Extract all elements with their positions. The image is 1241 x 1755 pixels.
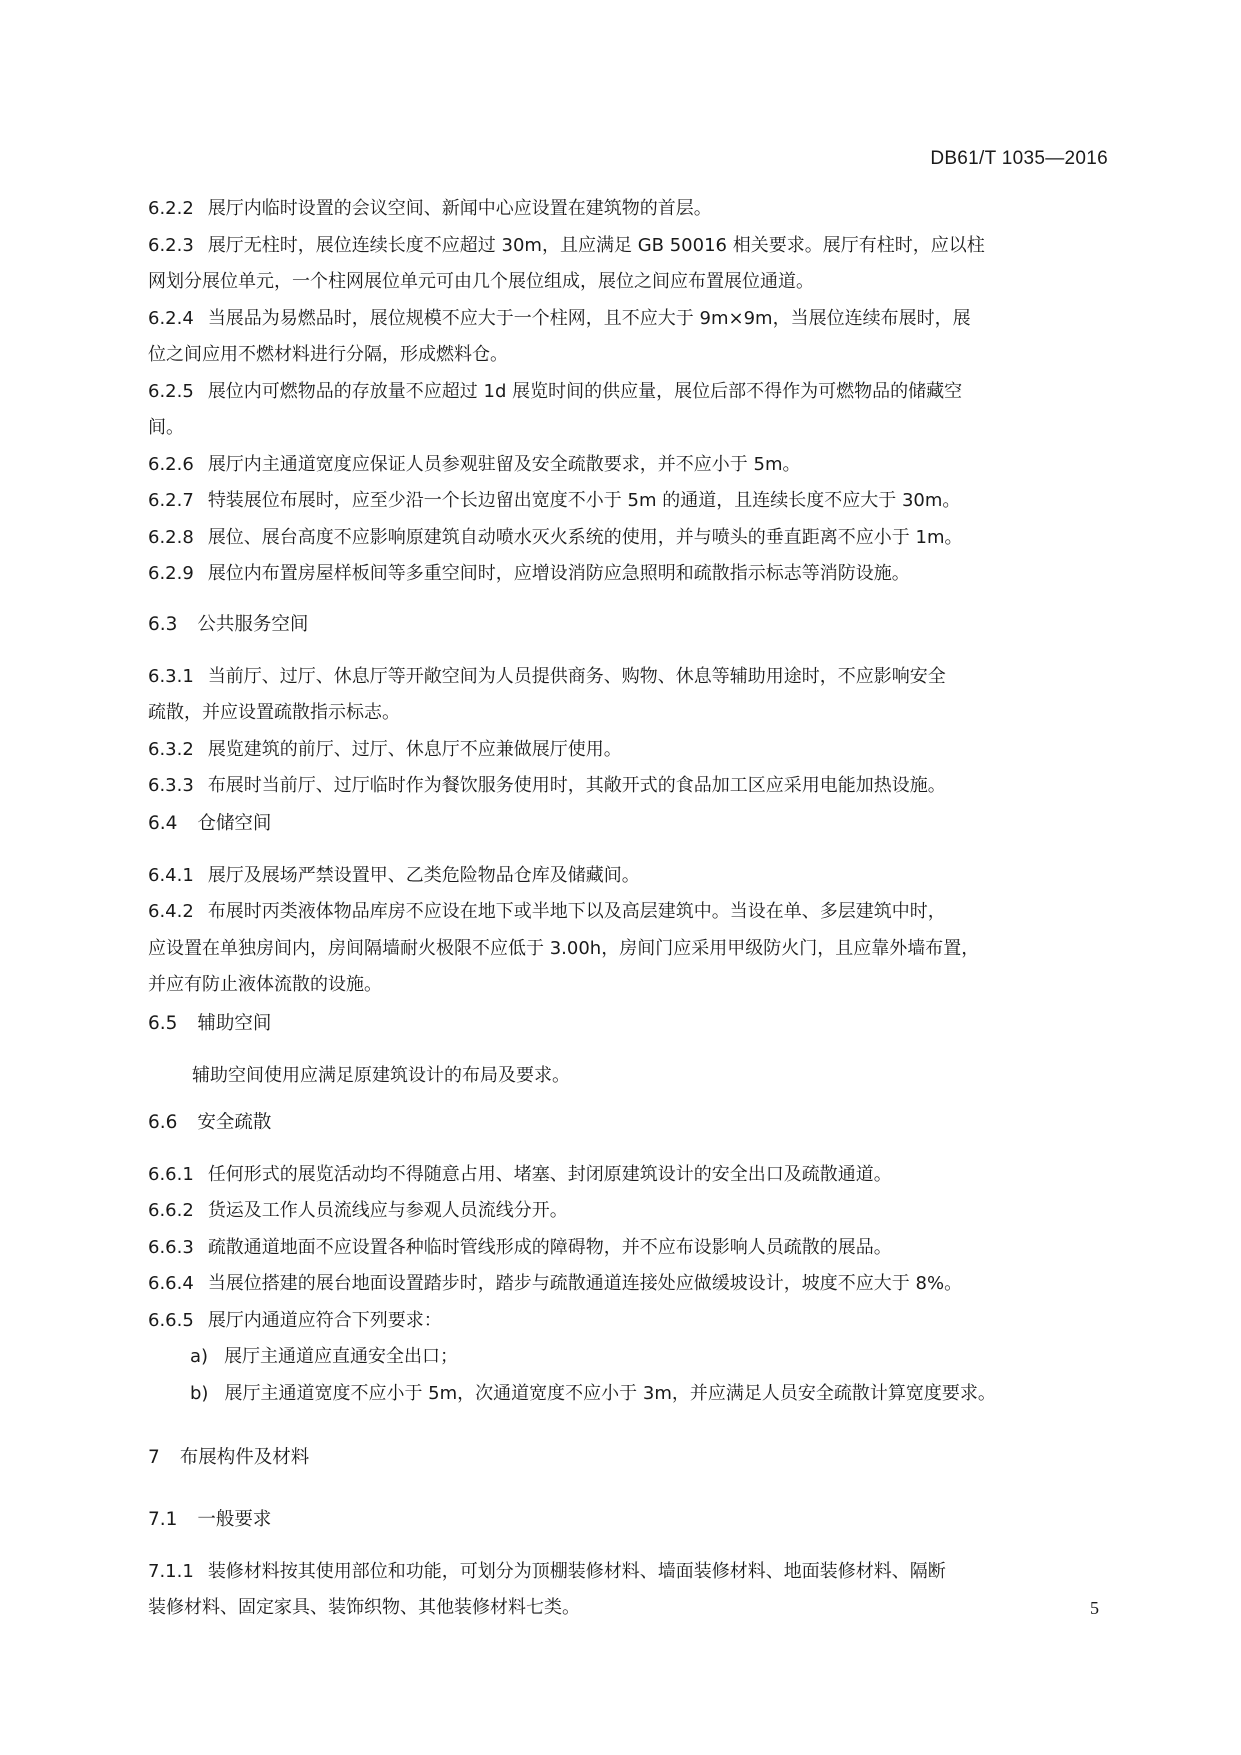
clause-text: 展厅内主通道宽度应保证人员参观驻留及安全疏散要求，并不应小于 5m。 [208,454,801,475]
section-number: 6.3 [148,613,177,637]
clause-text: 布展时丙类液体物品库房不应设在地下或半地下以及高层建筑中。当设在单、多层建筑中时… [208,901,946,922]
clause-text: 疏散通道地面不应设置各种临时管线形成的障碍物，并不应布设影响人员疏散的展品。 [208,1237,892,1258]
clause-text: 应设置在单独房间内，房间隔墙耐火极限不应低于 3.00h，房间门应采用甲级防火门… [148,938,979,959]
list-item-a: a)展厅主通道应直通安全出口； [190,1345,458,1369]
section-number: 6.5 [148,1012,177,1036]
line-6-2-4: 6.2.4当展品为易燃品时，展位规模不应大于一个柱网，且不应大于 9m×9m，当… [148,307,971,331]
list-marker: a) [190,1345,208,1369]
line-6-4-2: 6.4.2布展时丙类液体物品库房不应设在地下或半地下以及高层建筑中。当设在单、多… [148,900,946,924]
line-6-2-8: 6.2.8展位、展台高度不应影响原建筑自动喷水灭火系统的使用，并与喷头的垂直距离… [148,526,963,550]
clause-number: 6.6.3 [148,1236,194,1260]
clause-text: 展厅内通道应符合下列要求： [208,1310,442,1331]
paragraph-text: 辅助空间使用应满足原建筑设计的布局及要求。 [192,1065,570,1086]
clause-number: 6.6.2 [148,1199,194,1223]
clause-number: 6.4.1 [148,864,194,888]
clause-text: 展览建筑的前厅、过厅、休息厅不应兼做展厅使用。 [208,739,622,760]
line-6-4-2-cont2: 并应有防止液体流散的设施。 [148,973,382,997]
clause-number: 6.2.9 [148,562,194,586]
clause-text: 当展位搭建的展台地面设置踏步时，踏步与疏散通道连接处应做缓坡设计，坡度不应大于 … [208,1273,962,1294]
section-title: 仓储空间 [197,813,271,834]
clause-text: 任何形式的展览活动均不得随意占用、堵塞、封闭原建筑设计的安全出口及疏散通道。 [208,1164,892,1185]
clause-text: 位之间应用不燃材料进行分隔，形成燃料仓。 [148,344,508,365]
clause-text: 展厅内临时设置的会议空间、新闻中心应设置在建筑物的首层。 [208,198,712,219]
document-code: DB61/T 1035—2016 [930,148,1108,170]
clause-text: 并应有防止液体流散的设施。 [148,974,382,995]
clause-number: 6.2.5 [148,380,194,404]
chapter-heading-7: 7布展构件及材料 [148,1446,309,1470]
clause-text: 展位内布置房屋样板间等多重空间时，应增设消防应急照明和疏散指示标志等消防设施。 [208,563,910,584]
clause-number: 6.6.1 [148,1163,194,1187]
clause-number: 6.2.6 [148,453,194,477]
section-heading-6-6: 6.6安全疏散 [148,1111,271,1135]
line-6-2-5: 6.2.5展位内可燃物品的存放量不应超过 1d 展览时间的供应量，展位后部不得作… [148,380,962,404]
section-title: 公共服务空间 [197,614,308,635]
section-number: 6.4 [148,812,177,836]
clause-text: 货运及工作人员流线应与参观人员流线分开。 [208,1200,568,1221]
section-title: 一般要求 [197,1509,271,1530]
list-item-b: b)展厅主通道宽度不应小于 5m，次通道宽度不应小于 3m，并应满足人员安全疏散… [190,1382,996,1406]
clause-text: 当前厅、过厅、休息厅等开敞空间为人员提供商务、购物、休息等辅助用途时，不应影响安… [208,666,946,687]
clause-number: 6.2.7 [148,489,194,513]
clause-text: 疏散，并应设置疏散指示标志。 [148,702,400,723]
clause-text: 展厅无柱时，展位连续长度不应超过 30m，且应满足 GB 50016 相关要求。… [208,235,985,256]
line-6-6-4: 6.6.4当展位搭建的展台地面设置踏步时，踏步与疏散通道连接处应做缓坡设计，坡度… [148,1272,962,1296]
section-number: 7.1 [148,1508,177,1532]
line-6-3-1-cont: 疏散，并应设置疏散指示标志。 [148,701,400,725]
clause-text: 装修材料、固定家具、装饰织物、其他装修材料七类。 [148,1597,580,1618]
clause-text: 特装展位布展时，应至少沿一个长边留出宽度不小于 5m 的通道，且连续长度不应大于… [208,490,961,511]
line-6-3-1: 6.3.1当前厅、过厅、休息厅等开敞空间为人员提供商务、购物、休息等辅助用途时，… [148,665,946,689]
list-marker: b) [190,1382,208,1406]
section-heading-7-1: 7.1一般要求 [148,1508,271,1532]
line-6-2-6: 6.2.6展厅内主通道宽度应保证人员参观驻留及安全疏散要求，并不应小于 5m。 [148,453,801,477]
clause-number: 6.3.2 [148,738,194,762]
clause-text: 装修材料按其使用部位和功能，可划分为顶棚装修材料、墙面装修材料、地面装修材料、隔… [208,1561,946,1582]
line-6-2-4-cont: 位之间应用不燃材料进行分隔，形成燃料仓。 [148,343,508,367]
section-title: 安全疏散 [197,1112,271,1133]
clause-text: 展位内可燃物品的存放量不应超过 1d 展览时间的供应量，展位后部不得作为可燃物品… [208,381,962,402]
clause-text: 展厅及展场严禁设置甲、乙类危险物品仓库及储藏间。 [208,865,640,886]
section-number: 6.6 [148,1111,177,1135]
line-6-3-3: 6.3.3布展时当前厅、过厅临时作为餐饮服务使用时，其敞开式的食品加工区应采用电… [148,774,946,798]
line-6-2-3: 6.2.3展厅无柱时，展位连续长度不应超过 30m，且应满足 GB 50016 … [148,234,985,258]
line-6-6-3: 6.6.3疏散通道地面不应设置各种临时管线形成的障碍物，并不应布设影响人员疏散的… [148,1236,892,1260]
clause-number: 6.3.1 [148,665,194,689]
clause-text: 展位、展台高度不应影响原建筑自动喷水灭火系统的使用，并与喷头的垂直距离不应小于 … [208,527,963,548]
clause-number: 7.1.1 [148,1560,194,1584]
clause-number: 6.2.3 [148,234,194,258]
clause-number: 6.2.4 [148,307,194,331]
clause-number: 6.6.4 [148,1272,194,1296]
section-heading-6-4: 6.4仓储空间 [148,812,271,836]
clause-number: 6.6.5 [148,1309,194,1333]
line-6-6-2: 6.6.2货运及工作人员流线应与参观人员流线分开。 [148,1199,568,1223]
clause-text: 布展时当前厅、过厅临时作为餐饮服务使用时，其敞开式的食品加工区应采用电能加热设施… [208,775,946,796]
clause-number: 6.2.2 [148,197,194,221]
clause-number: 6.3.3 [148,774,194,798]
clause-number: 6.4.2 [148,900,194,924]
section-heading-6-5: 6.5辅助空间 [148,1012,271,1036]
line-6-2-7: 6.2.7特装展位布展时，应至少沿一个长边留出宽度不小于 5m 的通道，且连续长… [148,489,960,513]
line-6-2-2: 6.2.2展厅内临时设置的会议空间、新闻中心应设置在建筑物的首层。 [148,197,712,221]
line-6-6-1: 6.6.1任何形式的展览活动均不得随意占用、堵塞、封闭原建筑设计的安全出口及疏散… [148,1163,892,1187]
line-6-5-body: 辅助空间使用应满足原建筑设计的布局及要求。 [192,1064,570,1088]
line-6-2-3-cont: 网划分展位单元，一个柱网展位单元可由几个展位组成，展位之间应布置展位通道。 [148,270,814,294]
line-6-6-5: 6.6.5展厅内通道应符合下列要求： [148,1309,442,1333]
line-6-3-2: 6.3.2展览建筑的前厅、过厅、休息厅不应兼做展厅使用。 [148,738,622,762]
line-6-4-1: 6.4.1展厅及展场严禁设置甲、乙类危险物品仓库及储藏间。 [148,864,640,888]
clause-text: 当展品为易燃品时，展位规模不应大于一个柱网，且不应大于 9m×9m，当展位连续布… [208,308,971,329]
clause-text: 间。 [148,417,184,438]
section-heading-6-3: 6.3公共服务空间 [148,613,308,637]
line-6-4-2-cont1: 应设置在单独房间内，房间隔墙耐火极限不应低于 3.00h，房间门应采用甲级防火门… [148,937,979,961]
section-title: 辅助空间 [197,1013,271,1034]
chapter-number: 7 [148,1446,160,1470]
line-7-1-1: 7.1.1装修材料按其使用部位和功能，可划分为顶棚装修材料、墙面装修材料、地面装… [148,1560,946,1584]
list-text: 展厅主通道应直通安全出口； [224,1346,458,1367]
line-6-2-5-cont: 间。 [148,416,184,440]
list-text: 展厅主通道宽度不应小于 5m，次通道宽度不应小于 3m，并应满足人员安全疏散计算… [224,1383,995,1404]
chapter-title: 布展构件及材料 [180,1447,310,1468]
clause-text: 网划分展位单元，一个柱网展位单元可由几个展位组成，展位之间应布置展位通道。 [148,271,814,292]
line-7-1-1-cont: 装修材料、固定家具、装饰织物、其他装修材料七类。 [148,1596,580,1620]
clause-number: 6.2.8 [148,526,194,550]
page-number: 5 [1090,1598,1099,1619]
line-6-2-9: 6.2.9展位内布置房屋样板间等多重空间时，应增设消防应急照明和疏散指示标志等消… [148,562,910,586]
